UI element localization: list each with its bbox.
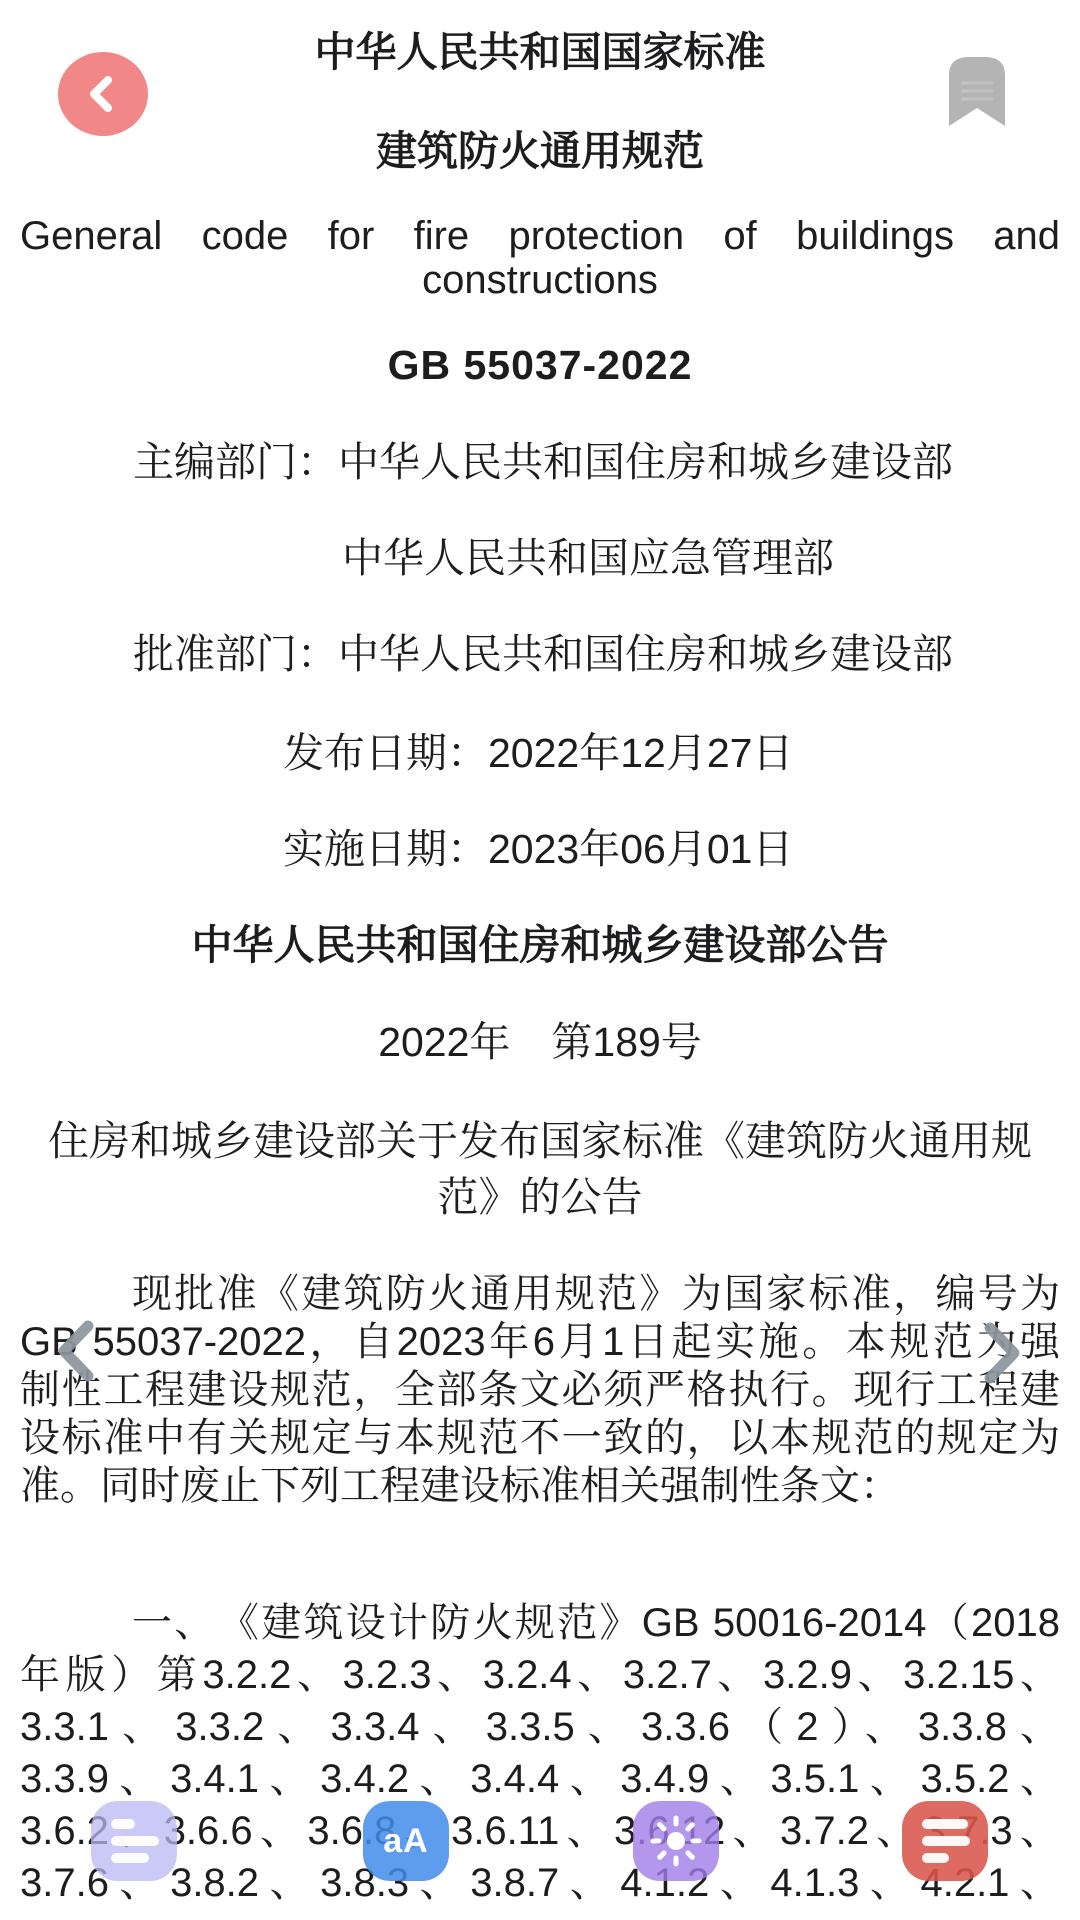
standard-name-cn: 建筑防火通用规范 — [0, 123, 1080, 179]
text-line: 现批准《建筑防火通用规范》为国家标准，编号为 — [20, 1270, 1060, 1318]
annotations-button[interactable] — [902, 1801, 988, 1881]
contents-button[interactable] — [91, 1801, 177, 1881]
reader-screen: 中华人民共和国国家标准 建筑防火通用规范 General code for fi… — [0, 0, 1080, 1920]
font-size-icon: aA — [383, 1822, 428, 1861]
previous-page-button[interactable] — [52, 1318, 100, 1384]
text-line: General code for fire protection of buil… — [20, 214, 1060, 258]
chevron-left-icon — [52, 1318, 100, 1384]
standard-category-title: 中华人民共和国国家标准 — [0, 24, 1080, 80]
announcement-title: 中华人民共和国住房和城乡建设部公告 — [0, 917, 1080, 973]
text-line: 制性工程建设规范，全部条文必须严格执行。现行工程建 — [20, 1366, 1060, 1414]
text-line: 一、 《建筑设计防火规范》GB 50016-2014（2018 — [20, 1597, 1060, 1649]
chevron-left-icon — [79, 70, 127, 118]
sun-icon — [649, 1814, 703, 1868]
notes-icon — [916, 1815, 974, 1867]
font-size-button[interactable]: aA — [363, 1801, 449, 1881]
text-line: 范》的公告 — [20, 1169, 1060, 1225]
text-line: 3.3.1、3.3.2、3.3.4、3.3.5、3.3.6（2）、3.3.8、 — [20, 1701, 1060, 1753]
back-button[interactable] — [58, 52, 148, 136]
announcement-heading: 住房和城乡建设部关于发布国家标准《建筑防火通用规范》的公告 — [0, 1113, 1080, 1225]
meta-effective-date: 实施日期：2023年06月01日 — [0, 821, 1080, 877]
list-icon — [105, 1815, 163, 1867]
text-line: 3.3.9、3.4.1、3.4.2、3.4.4、3.4.9、3.5.1、3.5.… — [20, 1753, 1060, 1805]
next-page-button[interactable] — [978, 1320, 1026, 1386]
standard-name-en: General code for fire protection of buil… — [0, 214, 1080, 302]
bookmark-icon[interactable] — [947, 55, 1007, 128]
text-line: 住房和城乡建设部关于发布国家标准《建筑防火通用规 — [20, 1113, 1060, 1169]
text-line: 准。同时废止下列工程建设标准相关强制性条文： — [20, 1462, 1060, 1510]
text-line: constructions — [20, 258, 1060, 302]
announcement-number: 2022年 第189号 — [0, 1014, 1080, 1070]
announcement-paragraph: 现批准《建筑防火通用规范》为国家标准，编号为GB 55037-2022，自202… — [0, 1270, 1080, 1510]
standard-code: GB 55037-2022 — [0, 337, 1080, 393]
meta-approval-dept: 批准部门：中华人民共和国住房和城乡建设部 — [0, 626, 1080, 682]
meta-publish-date: 发布日期：2022年12月27日 — [0, 725, 1080, 781]
text-line: GB 55037-2022，自2023年6月1日起实施。本规范为强 — [20, 1318, 1060, 1366]
text-line: 设标准中有关规定与本规范不一致的，以本规范的规定为 — [20, 1414, 1060, 1462]
brightness-button[interactable] — [633, 1801, 719, 1881]
meta-chief-editor-dept-2: 中华人民共和国应急管理部 — [0, 530, 1080, 586]
text-line: 年版）第3.2.2、3.2.3、3.2.4、3.2.7、3.2.9、3.2.15… — [20, 1649, 1060, 1701]
meta-chief-editor-dept: 主编部门：中华人民共和国住房和城乡建设部 — [0, 434, 1080, 490]
chevron-right-icon — [978, 1320, 1026, 1386]
